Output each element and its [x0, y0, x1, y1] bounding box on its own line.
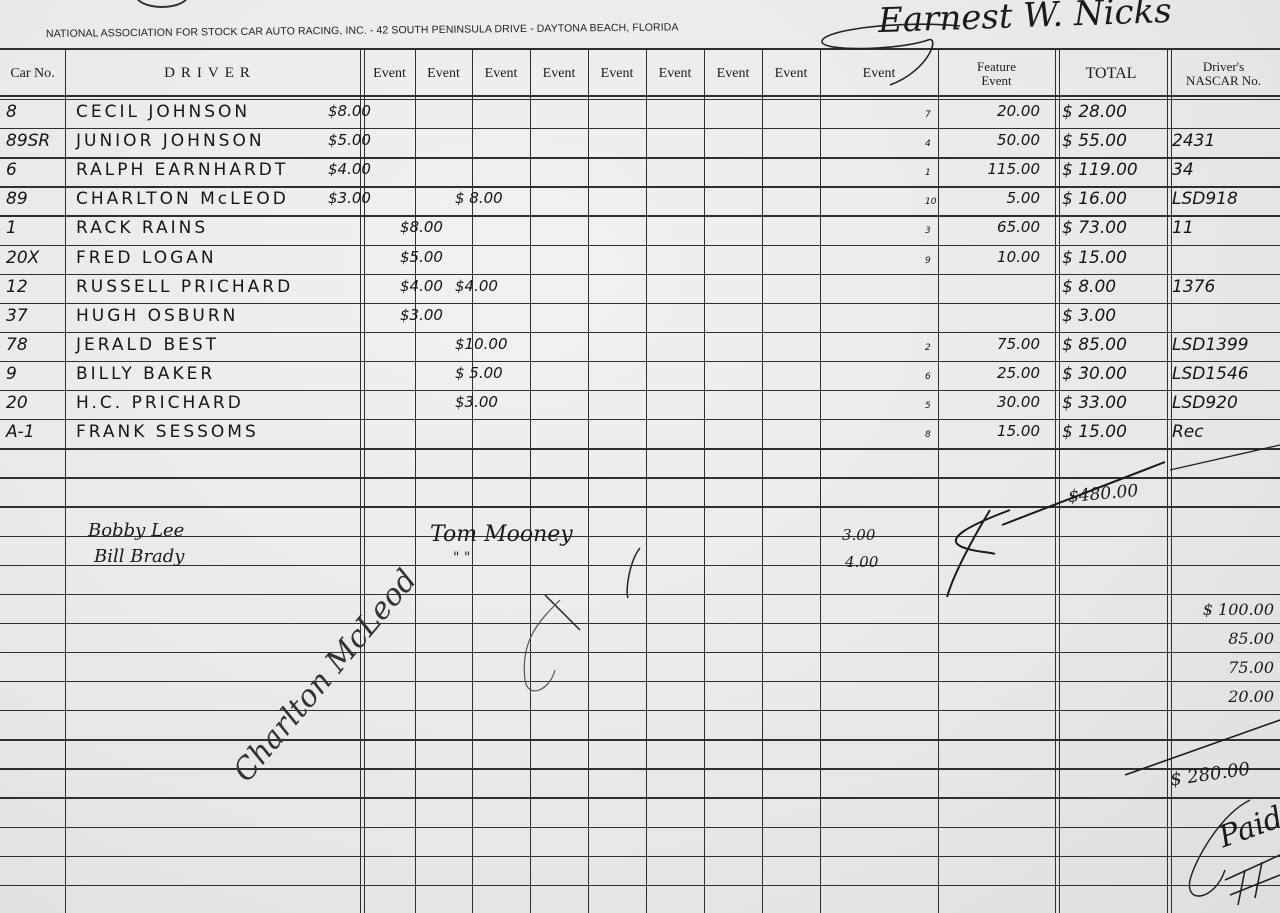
- total-amount: $ 16.00: [1062, 189, 1127, 209]
- total-amount: $ 28.00: [1062, 102, 1127, 122]
- car-number: 37: [6, 306, 28, 326]
- row-rule: [0, 245, 1280, 246]
- row-rule: [0, 157, 1280, 158]
- total-amount: $ 73.00: [1062, 218, 1127, 238]
- feature-amount: 25.00: [997, 364, 1040, 382]
- event-1-amount: $5.00: [328, 131, 371, 149]
- row-rule: [0, 99, 1280, 100]
- row-rule: [0, 128, 1280, 129]
- row-rule: [0, 594, 1280, 595]
- column-rule: [415, 48, 416, 913]
- header-feature-event-line2: Event: [981, 74, 1011, 88]
- driver-name: RALPH EARNHARDT: [76, 160, 288, 180]
- right-tally-item: 85.00: [1228, 629, 1274, 648]
- header-total: TOTAL: [1055, 52, 1167, 95]
- nascar-number: Rec: [1172, 422, 1204, 442]
- event-1-amount: $8.00: [328, 102, 371, 120]
- car-number: 20: [6, 393, 28, 413]
- event-2-amount: $4.00: [400, 277, 443, 295]
- driver-name: RACK RAINS: [76, 218, 208, 238]
- feature-amount: 20.00: [997, 102, 1040, 120]
- row-rule: [0, 565, 1280, 566]
- car-number: A-1: [6, 422, 35, 442]
- event-3-amount: $3.00: [455, 393, 498, 411]
- right-tally-item: 20.00: [1228, 687, 1274, 706]
- header-event-8: Event: [762, 52, 820, 95]
- finish-position: 6: [925, 372, 931, 382]
- column-rule: [938, 48, 939, 913]
- column-rule: [1059, 48, 1060, 913]
- row-rule: [0, 885, 1280, 886]
- driver-name: RUSSELL PRICHARD: [76, 277, 293, 297]
- driver-name: CHARLTON McLEOD: [76, 189, 289, 209]
- row-rule: [0, 506, 1280, 507]
- row-rule: [0, 95, 1280, 97]
- right-tally-item: 75.00: [1228, 658, 1274, 677]
- event-note-2: 4.00: [845, 553, 878, 571]
- row-rule: [0, 390, 1280, 391]
- total-amount: $ 8.00: [1062, 277, 1116, 297]
- row-rule: [0, 710, 1280, 711]
- car-number: 1: [6, 218, 17, 238]
- row-rule: [0, 797, 1280, 798]
- header-event-5: Event: [588, 52, 646, 95]
- feature-amount: 5.00: [1007, 189, 1040, 207]
- column-rule: [704, 48, 705, 913]
- finish-position: 4: [925, 139, 931, 149]
- driver-name: BILLY BAKER: [76, 364, 215, 384]
- event-3-amount: $ 5.00: [455, 364, 503, 382]
- row-rule: [0, 739, 1280, 740]
- driver-name: H.C. PRICHARD: [76, 393, 244, 413]
- car-number: 9: [6, 364, 17, 384]
- row-rule: [0, 186, 1280, 187]
- total-amount: $ 119.00: [1062, 160, 1138, 180]
- header-feature-event: Feature Event: [938, 52, 1055, 95]
- finish-position: 1: [925, 168, 931, 178]
- total-amount: $ 15.00: [1062, 248, 1127, 268]
- right-tally-item: $ 100.00: [1203, 600, 1274, 619]
- event-3-amount: $4.00: [455, 277, 498, 295]
- driver-name: CECIL JOHNSON: [76, 102, 250, 122]
- total-amount: $ 15.00: [1062, 422, 1127, 442]
- nascar-number: LSD1399: [1172, 335, 1249, 355]
- row-rule: [0, 215, 1280, 216]
- row-rule: [0, 332, 1280, 333]
- feature-amount: 15.00: [997, 422, 1040, 440]
- feature-amount: 75.00: [997, 335, 1040, 353]
- row-rule: [0, 768, 1280, 769]
- car-number: 89SR: [6, 131, 50, 151]
- row-rule: [0, 419, 1280, 420]
- feature-amount: 30.00: [997, 393, 1040, 411]
- header-car-no: Car No.: [0, 52, 65, 95]
- finish-position: 10: [925, 197, 936, 207]
- finish-position: 8: [925, 430, 931, 440]
- nascar-number: LSD920: [1172, 393, 1238, 413]
- event-3-amount: $ 8.00: [455, 189, 503, 207]
- event-note-1: 3.00: [842, 526, 875, 544]
- car-number: 8: [6, 102, 17, 122]
- nascar-number: 11: [1172, 218, 1194, 238]
- header-event-7: Event: [704, 52, 762, 95]
- row-rule: [0, 827, 1280, 828]
- event-1-amount: $3.00: [328, 189, 371, 207]
- nascar-number: 2431: [1172, 131, 1215, 151]
- column-rule: [588, 48, 589, 913]
- nascar-number: 1376: [1172, 277, 1215, 297]
- column-rule: [646, 48, 647, 913]
- finish-position: 9: [925, 256, 931, 266]
- nascar-number: LSD1546: [1172, 364, 1249, 384]
- row-rule: [0, 652, 1280, 653]
- event-2-amount: $8.00: [400, 218, 443, 236]
- signer-bobby-lee: Bobby Lee: [88, 520, 184, 541]
- row-rule: [0, 274, 1280, 275]
- feature-amount: 10.00: [997, 248, 1040, 266]
- event-2-amount: $3.00: [400, 306, 443, 324]
- row-rule: [0, 477, 1280, 478]
- row-rule: [0, 361, 1280, 362]
- total-amount: $ 33.00: [1062, 393, 1127, 413]
- row-rule: [0, 681, 1280, 682]
- column-rule: [472, 48, 473, 913]
- header-feature-event-line1: Feature: [977, 60, 1016, 74]
- total-amount: $ 55.00: [1062, 131, 1127, 151]
- feature-amount: 65.00: [997, 218, 1040, 236]
- finish-position: 7: [925, 110, 931, 120]
- finish-position: 3: [925, 226, 931, 236]
- driver-name: FRED LOGAN: [76, 248, 217, 268]
- signer-tom-mooney: Tom Mooney: [430, 522, 573, 547]
- driver-name: FRANK SESSOMS: [76, 422, 259, 442]
- row-rule: [0, 623, 1280, 624]
- header-event-4: Event: [530, 52, 588, 95]
- column-rule: [1055, 48, 1056, 913]
- nascar-number: LSD918: [1172, 189, 1238, 209]
- column-rule: [762, 48, 763, 913]
- row-rule: [0, 856, 1280, 857]
- feature-amount: 50.00: [997, 131, 1040, 149]
- ditto-marks: " ": [453, 550, 470, 566]
- total-amount: $ 30.00: [1062, 364, 1127, 384]
- car-number: 78: [6, 335, 28, 355]
- row-rule: [0, 536, 1280, 537]
- car-number: 6: [6, 160, 17, 180]
- finish-position: 5: [925, 401, 931, 411]
- column-rule: [530, 48, 531, 913]
- car-number: 89: [6, 189, 28, 209]
- header-driver: DRIVER: [65, 52, 355, 95]
- event-3-amount: $10.00: [455, 335, 508, 353]
- header-nascar-no: Driver's NASCAR No.: [1167, 52, 1280, 95]
- car-number: 12: [6, 277, 28, 297]
- header-event-2: Event: [415, 52, 472, 95]
- row-rule: [0, 48, 1280, 50]
- driver-name: HUGH OSBURN: [76, 306, 238, 326]
- feature-amount: 115.00: [988, 160, 1041, 178]
- header-event-wide: Event: [820, 52, 938, 95]
- driver-name: JERALD BEST: [76, 335, 219, 355]
- driver-name: JUNIOR JOHNSON: [76, 131, 265, 151]
- header-nascar-line1: Driver's: [1203, 60, 1244, 74]
- column-rule: [1167, 48, 1168, 913]
- signer-bill-brady: Bill Brady: [94, 546, 184, 567]
- total-amount: $ 3.00: [1062, 306, 1116, 326]
- car-number: 20X: [6, 248, 39, 268]
- header-nascar-line2: NASCAR No.: [1186, 74, 1261, 88]
- header-event-3: Event: [472, 52, 530, 95]
- nascar-number: 34: [1172, 160, 1194, 180]
- column-rule: [820, 48, 821, 913]
- column-rule: [65, 48, 66, 913]
- row-rule: [0, 448, 1280, 449]
- event-1-amount: $4.00: [328, 160, 371, 178]
- event-2-amount: $5.00: [400, 248, 443, 266]
- row-rule: [0, 303, 1280, 304]
- total-amount: $ 85.00: [1062, 335, 1127, 355]
- finish-position: 2: [925, 343, 931, 353]
- header-event-1: Event: [364, 52, 415, 95]
- header-event-6: Event: [646, 52, 704, 95]
